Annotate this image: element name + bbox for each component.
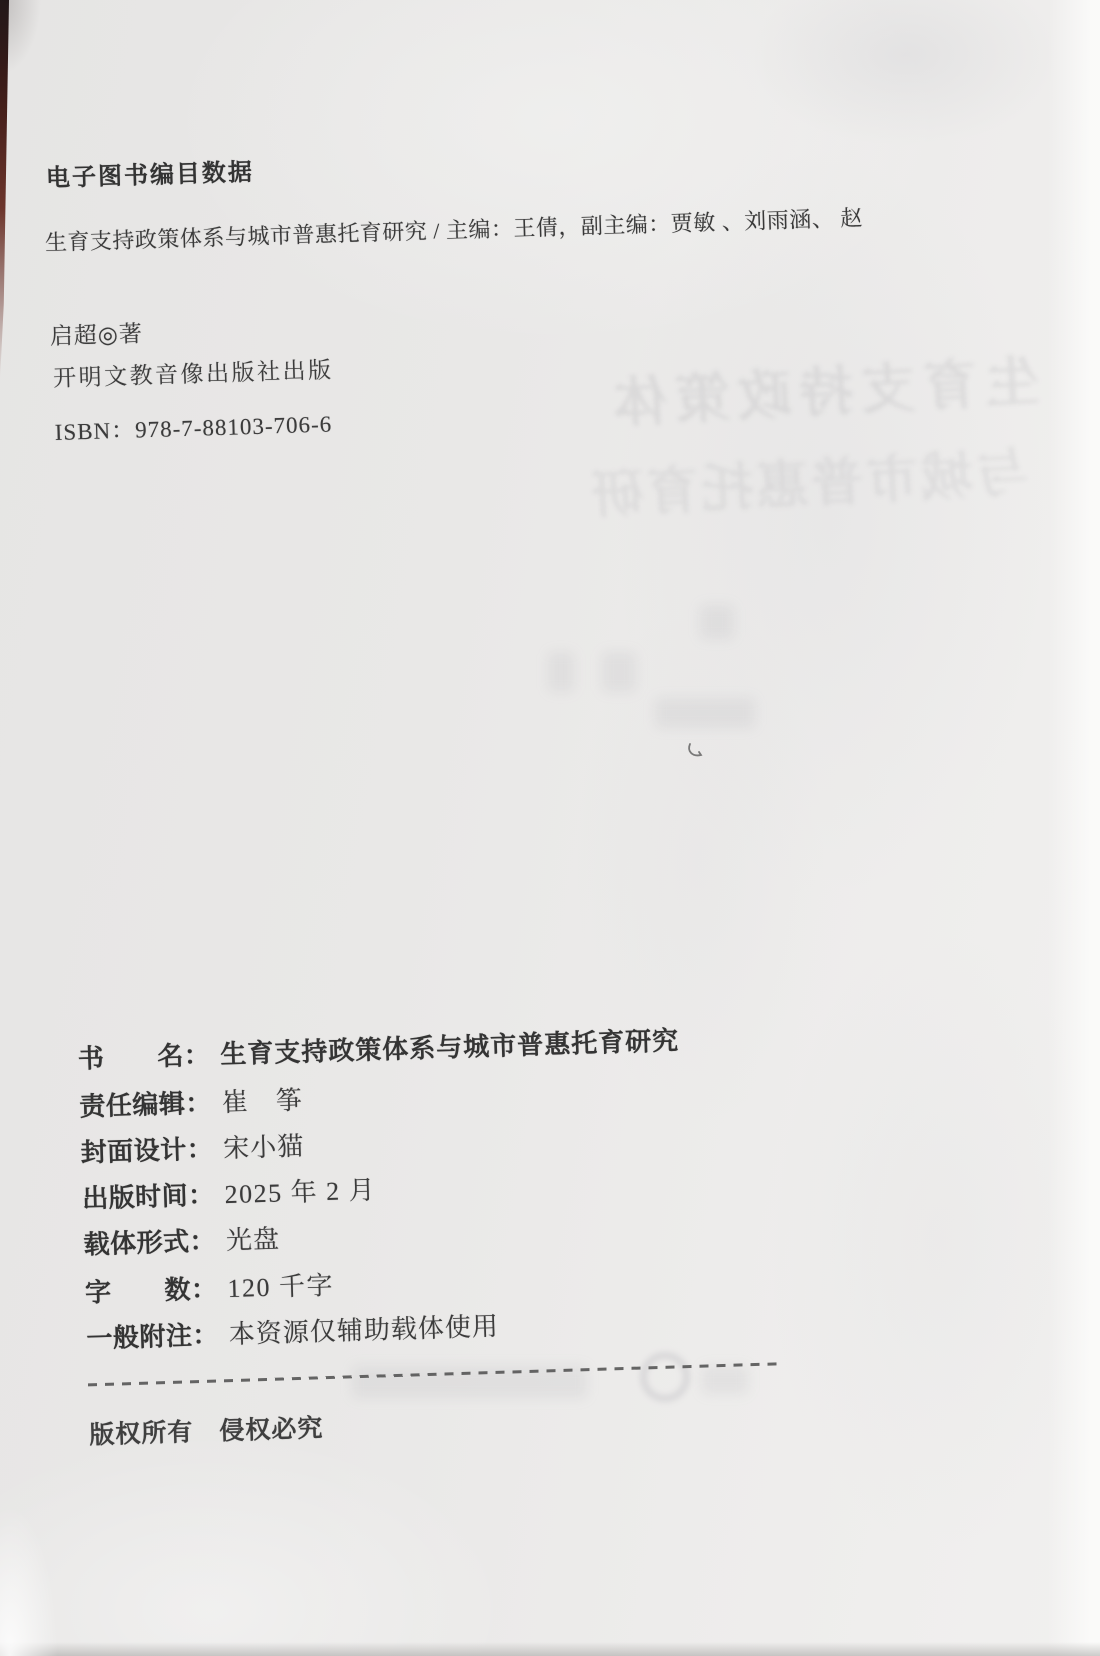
cip-header: 电子图书编目数据 — [45, 152, 254, 193]
colophon-row-editor: 责任编辑：崔 筝 — [79, 1083, 303, 1124]
copyright-notice: 版权所有 侵权必究 — [89, 1408, 324, 1451]
colophon-row-general-note: 一般附注：本资源仅辅助载体使用 — [86, 1309, 499, 1356]
colophon-row-cover-design: 封面设计：宋小猫 — [80, 1129, 304, 1170]
colophon-value: 本资源仅辅助载体使用 — [228, 1311, 499, 1349]
colophon-row-media-format: 载体形式：光盘 — [83, 1221, 280, 1261]
colophon-value: 崔 筝 — [221, 1085, 303, 1117]
cip-author-line: 启超◎著 — [49, 315, 143, 351]
separator-dashed-line — [88, 1362, 778, 1386]
colophon-label: 责任编辑： — [79, 1088, 212, 1122]
page-root: { "page_type": "scanned book colophon pa… — [0, 0, 1100, 1656]
colophon-row-word-count: 字 数：120 千字 — [85, 1268, 335, 1311]
colophon-value: 宋小猫 — [223, 1131, 305, 1163]
colophon-value: 生育支持政策体系与城市普惠托育研究 — [220, 1025, 680, 1069]
colophon-value: 120 千字 — [227, 1271, 334, 1303]
colophon-label: 字 数： — [85, 1273, 218, 1307]
colophon-value: 2025 年 2 月 — [224, 1176, 376, 1210]
colophon-label: 书 名： — [77, 1040, 210, 1074]
colophon-value: 光盘 — [226, 1223, 281, 1255]
colophon-label: 载体形式： — [83, 1225, 216, 1259]
cip-publisher-line: 开明文教音像出版社出版 — [53, 351, 334, 393]
cip-title-line: 生育支持政策体系与城市普惠托育研究 / 主编：王倩，副主编：贾敏 、刘雨涵、 赵 — [44, 201, 863, 257]
page-content: 电子图书编目数据 生育支持政策体系与城市普惠托育研究 / 主编：王倩，副主编：贾… — [0, 0, 1100, 1656]
colophon-label: 出版时间： — [82, 1179, 215, 1213]
colophon-label: 封面设计： — [80, 1133, 213, 1167]
colophon-row-book-title: 书 名：生育支持政策体系与城市普惠托育研究 — [77, 1023, 679, 1075]
colophon-row-publish-date: 出版时间：2025 年 2 月 — [82, 1173, 377, 1217]
cip-isbn-line: ISBN：978-7-88103-706-6 — [54, 406, 332, 447]
colophon-label: 一般附注： — [86, 1319, 219, 1353]
